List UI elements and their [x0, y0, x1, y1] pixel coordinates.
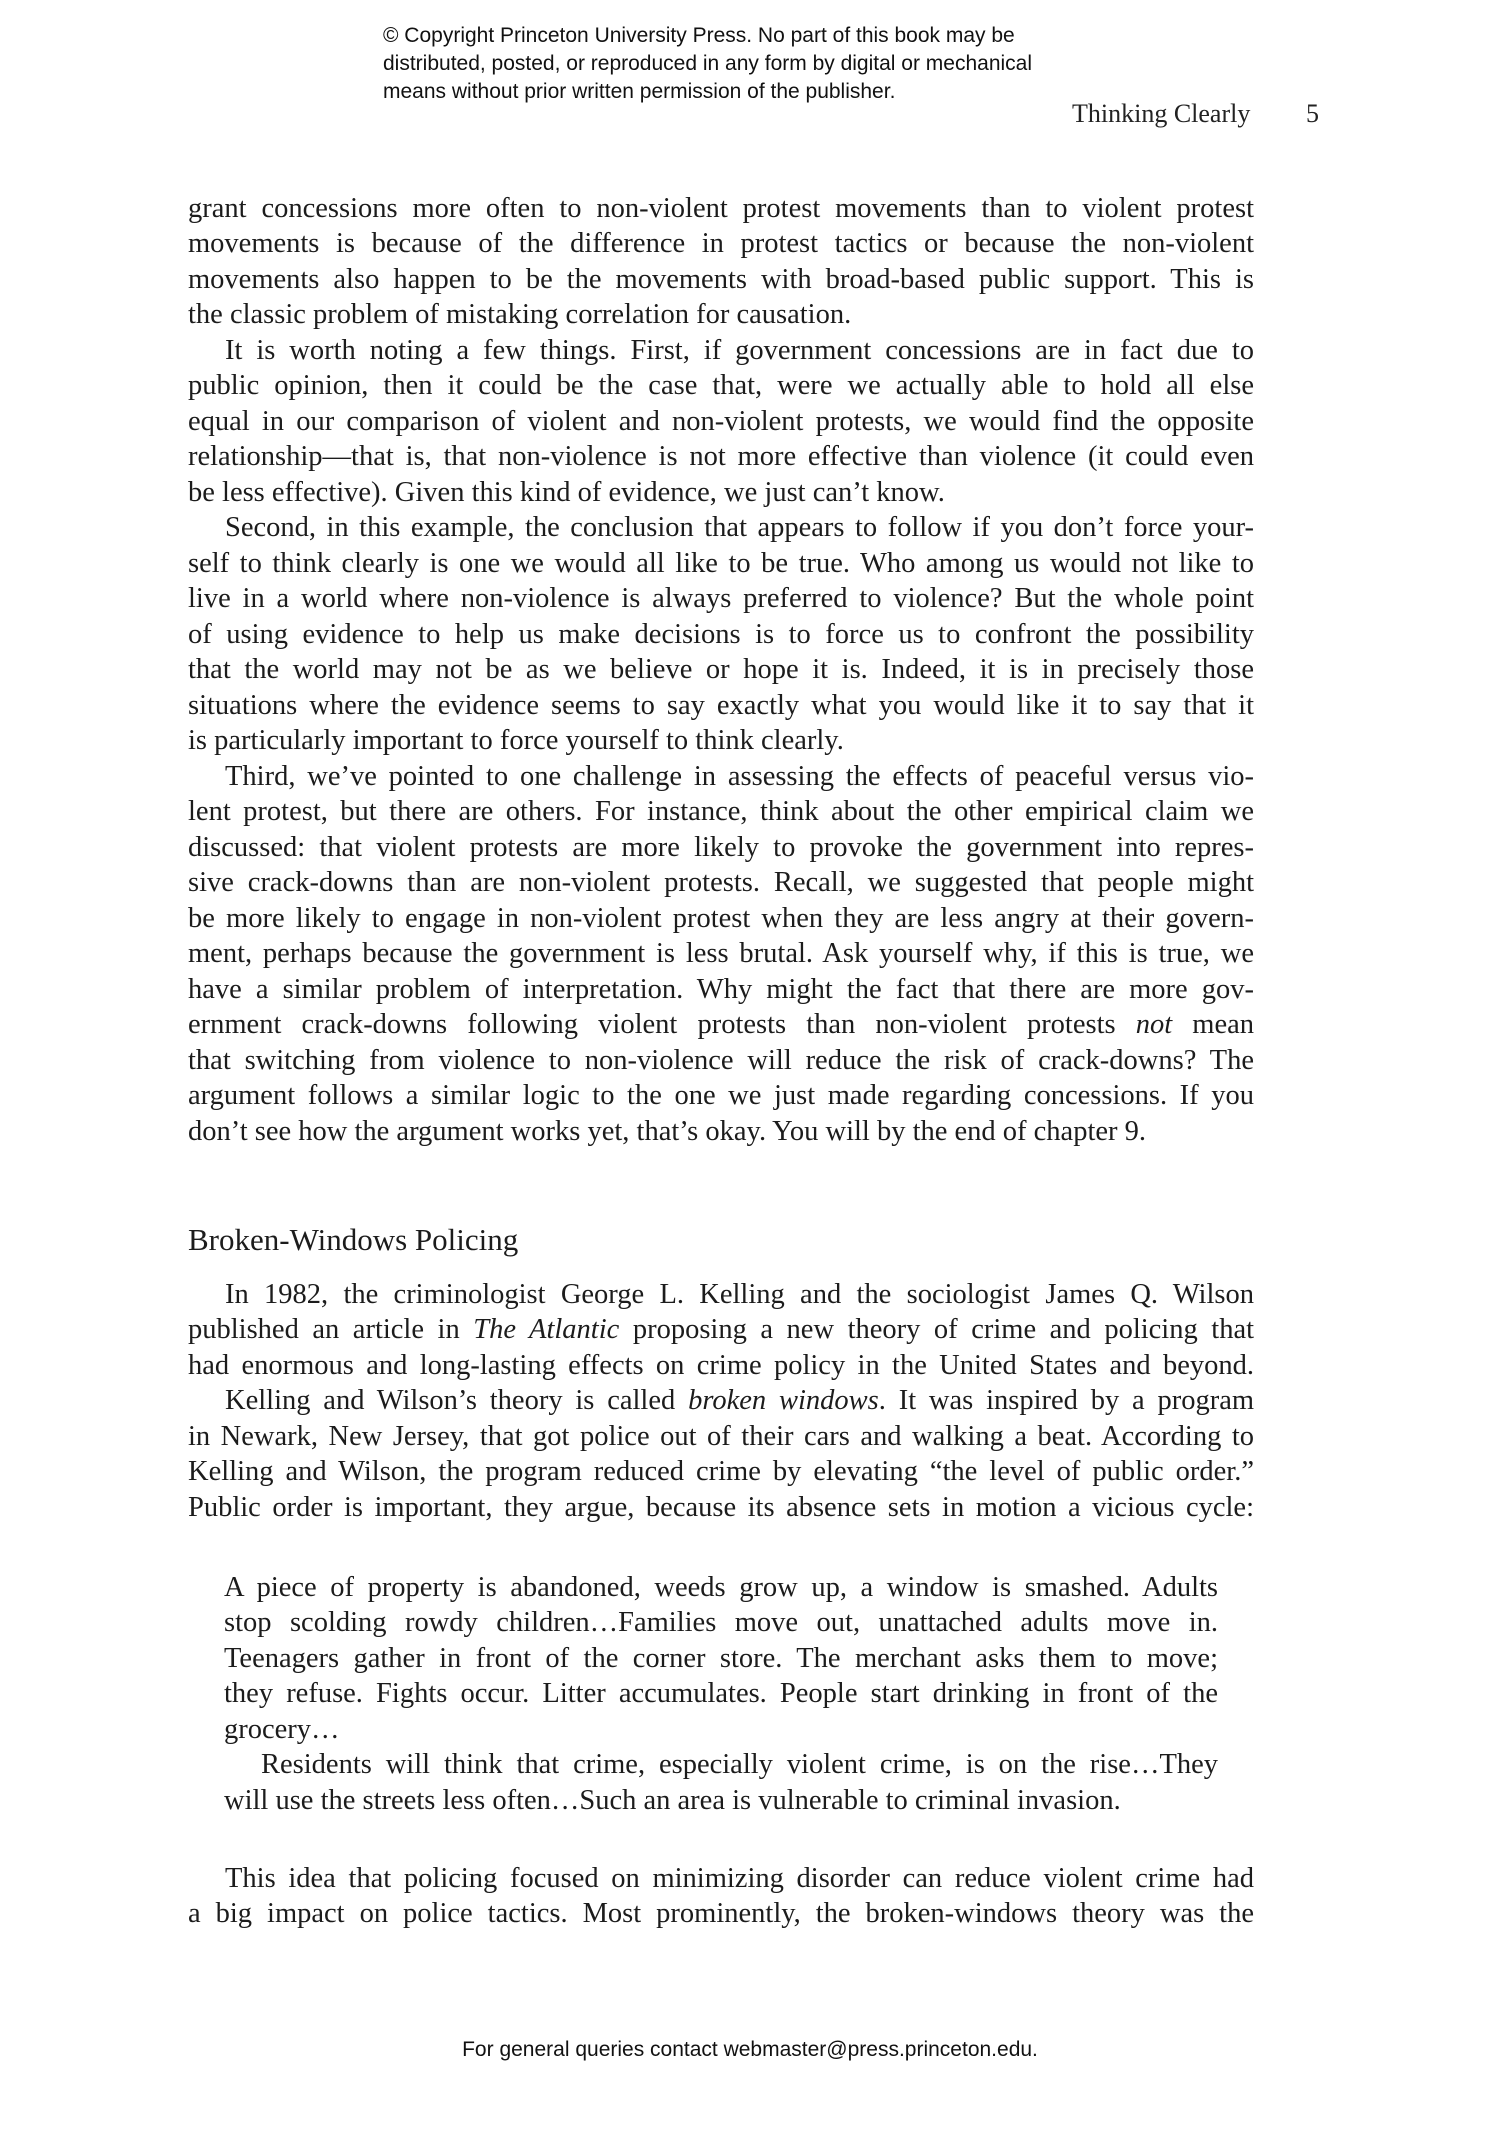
text-line: Kelling and Wilson, the program reduced …	[188, 1455, 1254, 1489]
text-line: sive crack-downs than are non-violent pr…	[188, 866, 1254, 900]
footer-contact: For general queries contact webmaster@pr…	[0, 2036, 1500, 2064]
text-line: in Newark, New Jersey, that got police o…	[188, 1420, 1254, 1454]
text-line: a big impact on police tactics. Most pro…	[188, 1897, 1254, 1931]
quote-line: they refuse. Fights occur. Litter accumu…	[224, 1677, 1218, 1711]
running-head-title: Thinking Clearly	[1072, 98, 1250, 130]
text-line: ernment crack-downs following violent pr…	[188, 1008, 1254, 1042]
copyright-notice: © Copyright Princeton University Press. …	[383, 22, 1032, 106]
text-line: Third, we’ve pointed to one challenge in…	[225, 760, 1254, 794]
text-line: argument follows a similar logic to the …	[188, 1079, 1254, 1113]
text-line: public opinion, then it could be the cas…	[188, 369, 1254, 403]
text-segment: . It was inspired by a program	[879, 1385, 1254, 1416]
text-line: don’t see how the argument works yet, th…	[188, 1115, 1146, 1149]
quote-line: grocery…	[224, 1713, 340, 1747]
text-line: had enormous and long-lasting effects on…	[188, 1349, 1254, 1383]
copyright-line: distributed, posted, or reproduced in an…	[383, 50, 1032, 78]
copyright-line: means without prior written permission o…	[383, 78, 1032, 106]
text-line: live in a world where non-violence is al…	[188, 582, 1254, 616]
text-line: have a similar problem of interpretation…	[188, 973, 1254, 1007]
text-line: In 1982, the criminologist George L. Kel…	[225, 1278, 1254, 1312]
text-line: that switching from violence to non-viol…	[188, 1044, 1254, 1078]
text-line: that the world may not be as we believe …	[188, 653, 1254, 687]
text-line: the classic problem of mistaking correla…	[188, 298, 851, 332]
text-segment: proposing a new theory of crime and poli…	[633, 1314, 1254, 1345]
page-number: 5	[1306, 98, 1319, 130]
text-line: is particularly important to force yours…	[188, 724, 844, 758]
text-segment: Kelling and Wilson’s theory is called	[225, 1385, 675, 1416]
text-line: ment, perhaps because the government is …	[188, 937, 1254, 971]
text-line: movements is because of the difference i…	[188, 227, 1254, 261]
text-line: equal in our comparison of violent and n…	[188, 405, 1254, 439]
text-segment: ernment crack-downs following violent pr…	[188, 1009, 1116, 1040]
text-line: be less effective). Given this kind of e…	[188, 476, 945, 510]
text-line: published an article in The Atlantic pro…	[188, 1313, 1254, 1347]
text-line: This idea that policing focused on minim…	[225, 1862, 1254, 1896]
copyright-line: © Copyright Princeton University Press. …	[383, 22, 1032, 50]
text-line: relationship—that is, that non-violence …	[188, 440, 1254, 474]
section-heading: Broken-Windows Policing	[188, 1222, 518, 1258]
italic-emphasis: not	[1136, 1009, 1172, 1040]
text-line: It is worth noting a few things. First, …	[225, 334, 1254, 368]
quote-line: Residents will think that crime, especia…	[261, 1748, 1218, 1782]
text-line: grant concessions more often to non-viol…	[188, 192, 1254, 226]
quote-line: Teenagers gather in front of the corner …	[224, 1642, 1218, 1676]
text-segment: mean	[1192, 1009, 1254, 1040]
quote-line: A piece of property is abandoned, weeds …	[224, 1571, 1218, 1605]
text-line: self to think clearly is one we would al…	[188, 547, 1254, 581]
quote-line: will use the streets less often…Such an …	[224, 1784, 1121, 1818]
text-line: Kelling and Wilson’s theory is called br…	[225, 1384, 1254, 1418]
text-line: discussed: that violent protests are mor…	[188, 831, 1254, 865]
text-line: Second, in this example, the conclusion …	[225, 511, 1254, 545]
text-line: movements also happen to be the movement…	[188, 263, 1254, 297]
text-line: Public order is important, they argue, b…	[188, 1491, 1254, 1525]
italic-publication-title: The Atlantic	[473, 1314, 619, 1345]
text-line: situations where the evidence seems to s…	[188, 689, 1254, 723]
quote-line: stop scolding rowdy children…Families mo…	[224, 1606, 1218, 1640]
text-line: of using evidence to help us make decisi…	[188, 618, 1254, 652]
text-line: be more likely to engage in non-violent …	[188, 902, 1254, 936]
text-segment: published an article in	[188, 1314, 460, 1345]
text-line: lent protest, but there are others. For …	[188, 795, 1254, 829]
italic-term: broken windows	[688, 1385, 879, 1416]
